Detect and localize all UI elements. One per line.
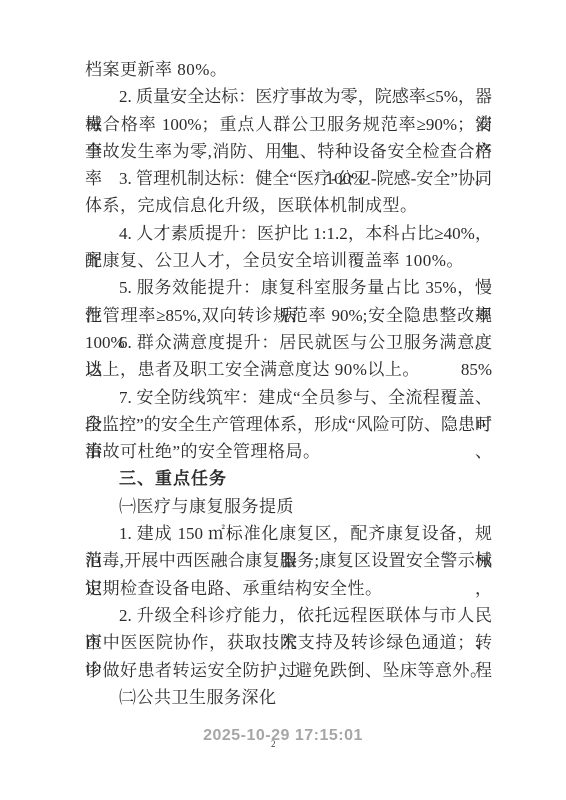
text-line: 体系，完成信息化升级，医联体机制成型。	[85, 192, 492, 219]
timestamp-watermark: 2025-10-29 17:15:01	[0, 727, 566, 745]
text-line: 市中医医院协作，获取技术支持及转诊绿色通道；转诊过程	[85, 629, 492, 656]
page-number: 2	[271, 739, 276, 749]
text-line: 档案更新率 80%。	[85, 56, 492, 83]
text-line: 1. 建成 150 ㎡标准化康复区，配齐康复设备，规范器械	[85, 520, 492, 547]
text-line: 三、重点任务	[85, 465, 492, 492]
text-line: 7. 安全防线筑牢：建成“全员参与、全流程覆盖、全时	[85, 384, 492, 411]
text-line: ㈠医疗与康复服务提质	[85, 493, 492, 520]
document-page: 档案更新率 80%。2. 质量安全达标：医疗事故为零，院感率≤5%，器械消毒合格…	[0, 0, 566, 800]
text-line: 2. 质量安全达标：医疗事故为零，院感率≤5%，器械消	[85, 83, 492, 110]
text-line: 5. 服务效能提升：康复科室服务量占比 35%，慢性病规	[85, 274, 492, 301]
text-line: 2. 升级全科诊疗能力，依托远程医联体与市人民医院、	[85, 602, 492, 629]
document-text-block: 档案更新率 80%。2. 质量安全达标：医疗事故为零，院感率≤5%，器械消毒合格…	[85, 56, 492, 711]
text-line: 3. 管理机制达标：健全“医疗-公卫-院感-安全”协同	[85, 165, 492, 192]
text-line: 中做好患者转运安全防护，避免跌倒、坠床等意外。	[85, 657, 492, 684]
text-line: 范管理率≥85%,双向转诊规范率 90%;安全隐患整改率 100%。	[85, 302, 492, 329]
text-line: 6. 群众满意度提升：居民就医与公卫服务满意度达 85%	[85, 329, 492, 356]
text-line: ㈡公共卫生服务深化	[85, 684, 492, 711]
text-line: 事故发生率为零,消防、用电、特种设备安全检查合格率 100%。	[85, 138, 492, 165]
text-line: 段监控”的安全生产管理体系，形成“风险可防、隐患可治、	[85, 411, 492, 438]
text-line: 齐康复、公卫人才，全员安全培训覆盖率 100%。	[85, 247, 492, 274]
text-line: 毒合格率 100%；重点人群公卫服务规范率≥90%；安全生产	[85, 111, 492, 138]
text-line: 消毒,开展中西医融合康复服务;康复区设置安全警示标识，	[85, 547, 492, 574]
text-line: 4. 人才素质提升：医护比 1:1.2，本科占比≥40%，配	[85, 220, 492, 247]
